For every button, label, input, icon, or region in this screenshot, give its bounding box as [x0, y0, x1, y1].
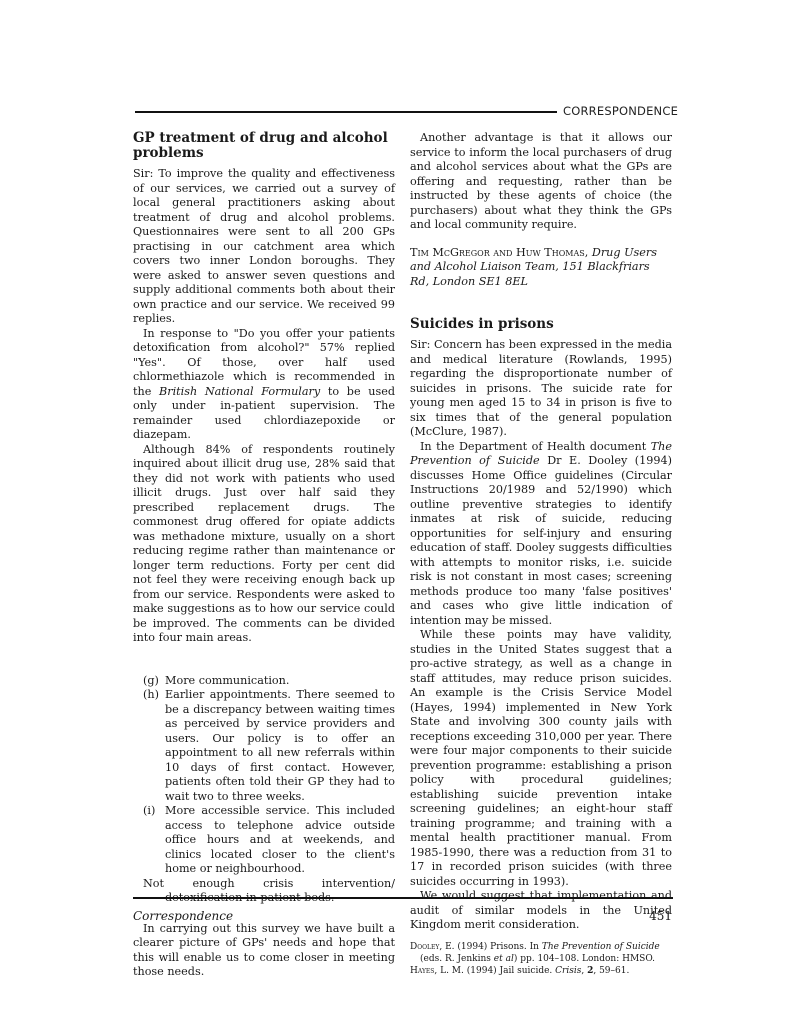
journal-page: CORRESPONDENCE GP treatment of drug and … — [0, 0, 800, 1036]
footer-rule — [133, 897, 673, 899]
letter2-title: Suicides in prisons — [410, 317, 672, 332]
reference-item: Hayes, L. M. (1994) Jail suicide. Crisis… — [410, 965, 672, 977]
right-column: Another advantage is that it allows our … — [410, 131, 672, 977]
letter1-paragraph-3: Although 84% of respondents routinely in… — [133, 443, 395, 646]
left-column: GP treatment of drug and alcohol problem… — [133, 131, 395, 980]
letter1-continued-paragraph: Another advantage is that it allows our … — [410, 131, 672, 233]
reference-item: Dooley, E. (1994) Prisons. In The Preven… — [410, 941, 672, 965]
header-rule — [135, 111, 557, 113]
letter2-paragraph-4: We would suggest that implementation and… — [410, 889, 672, 933]
letter1-title: GP treatment of drug and alcohol problem… — [133, 131, 395, 161]
letter1-closing-paragraph: In carrying out this survey we have buil… — [133, 922, 395, 980]
letter1-paragraph-2: In response to "Do you offer your patien… — [133, 327, 395, 443]
references: Dooley, E. (1994) Prisons. In The Preven… — [410, 941, 672, 977]
letter1-paragraph-1: Sir: To improve the quality and effectiv… — [133, 167, 395, 327]
list-item: (i)More accessible service. This include… — [143, 804, 395, 877]
page-number: 451 — [640, 909, 672, 923]
footer-section: Correspondence — [133, 909, 233, 923]
list-item: (h)Earlier appointments. There seemed to… — [143, 688, 395, 804]
list-item: (g)More communication. — [143, 674, 395, 689]
authors: Tim McGregor and Huw Thomas, — [410, 246, 588, 259]
suggestions-list: (g)More communication. (h)Earlier appoin… — [133, 674, 395, 877]
section-header: CORRESPONDENCE — [563, 104, 678, 118]
letter2-paragraph-1: Sir: Concern has been expressed in the m… — [410, 338, 672, 440]
list-item-not-enough: Not enough crisis intervention/ detoxifi… — [133, 877, 395, 906]
letter2-paragraph-2: In the Department of Health document The… — [410, 440, 672, 629]
letter2-paragraph-3: While these points may have validity, st… — [410, 628, 672, 889]
formulary-title: British National Formulary — [159, 385, 320, 398]
letter1-signature: Tim McGregor and Huw Thomas, Drug Users … — [410, 246, 672, 290]
